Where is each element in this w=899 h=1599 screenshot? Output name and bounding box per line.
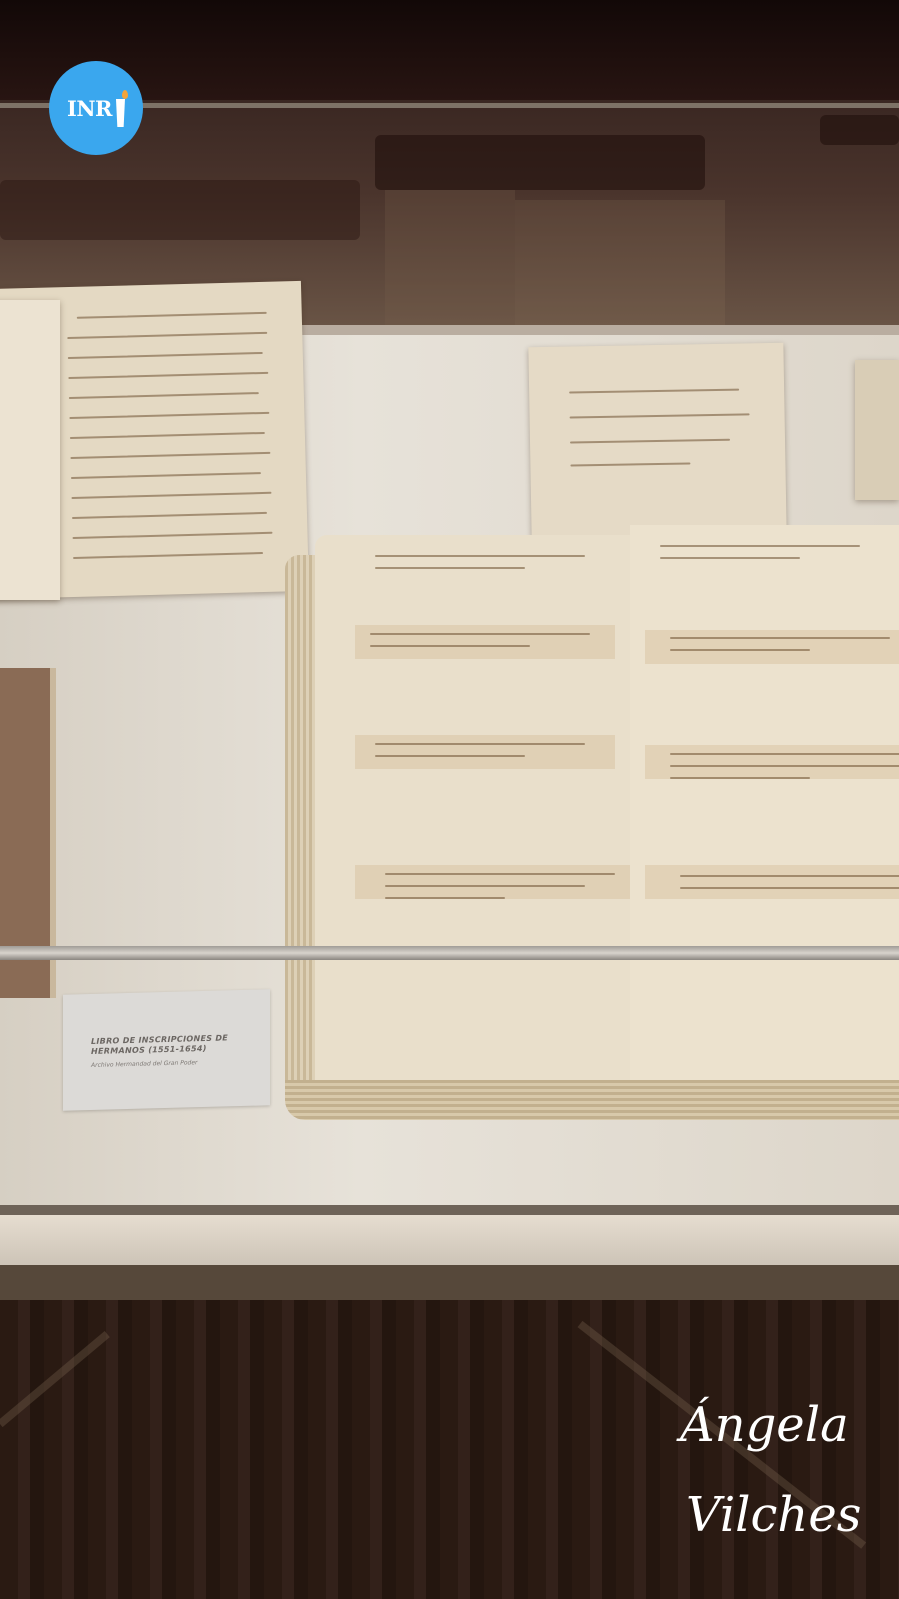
exhibit-label-card: LIBRO DE INSCRIPCIONES DE HERMANOS (1551… (63, 989, 270, 1110)
flame-icon (122, 90, 128, 99)
inr-logo: INR (49, 61, 143, 155)
manuscript-document-center (528, 343, 786, 537)
front-glass-edge (0, 946, 899, 960)
manuscript-document-right (855, 360, 899, 500)
exhibit-label-subtitle: Archivo Hermandad del Gran Poder (91, 1059, 198, 1069)
photographer-watermark: Ángela Vilches (680, 1380, 890, 1560)
exhibit-label-title: LIBRO DE INSCRIPCIONES DE HERMANOS (1551… (91, 1033, 261, 1057)
book-right-page (630, 525, 899, 1090)
book-left-page (315, 535, 635, 1095)
logo-text: INR (67, 96, 112, 121)
case-base (0, 1265, 899, 1300)
open-register-book (285, 525, 899, 1125)
document-fold (0, 300, 60, 600)
watermark-line-2: Vilches (686, 1470, 890, 1560)
candle-icon (116, 99, 125, 127)
book-bottom-edge (285, 1080, 899, 1120)
watermark-line-1: Ángela (680, 1397, 849, 1453)
case-front-panel (0, 1215, 899, 1265)
